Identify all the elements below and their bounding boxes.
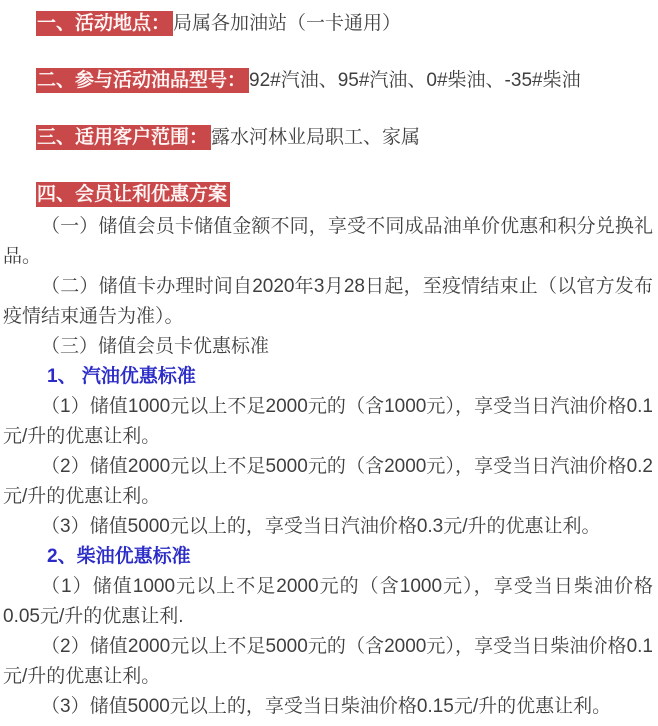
- section-heading: 一、活动地点：局属各加油站（一卡通用）: [3, 13, 653, 35]
- document-content: 一、活动地点：局属各加油站（一卡通用）二、参与活动油品型号：92#汽油、95#汽…: [3, 13, 653, 722]
- body-paragraph: （2）储值2000元以上不足5000元的（含2000元），享受当日柴油价格0.1…: [3, 632, 653, 692]
- body-paragraph: （2）储值2000元以上不足5000元的（含2000元），享受当日汽油价格0.2…: [3, 452, 653, 512]
- section-heading: 二、参与活动油品型号：92#汽油、95#汽油、0#柴油、-35#柴油: [3, 70, 653, 92]
- section-heading-red-highlight: 一、活动地点：: [36, 11, 173, 36]
- section-heading-text: 露水河林业局职工、家属: [211, 127, 420, 148]
- blue-subheading: 1、 汽油优惠标准: [3, 362, 653, 392]
- body-paragraph: （3）储值5000元以上的，享受当日柴油价格0.15元/升的优惠让利。: [3, 692, 653, 722]
- section-heading-red-highlight: 二、参与活动油品型号：: [36, 68, 249, 93]
- body-paragraph: （三）储值会员卡优惠标准: [3, 332, 653, 362]
- document-page: 一、活动地点：局属各加油站（一卡通用）二、参与活动油品型号：92#汽油、95#汽…: [0, 0, 658, 726]
- section-heading-text: 局属各加油站（一卡通用）: [173, 13, 401, 34]
- section-heading: 四、会员让利优惠方案: [3, 184, 653, 206]
- body-paragraph: （1）储值1000元以上不足2000元的（含1000元），享受当日汽油价格0.1…: [3, 392, 653, 452]
- body-paragraph: （1）储值1000元以上不足2000元的（含1000元），享受当日柴油价格0.0…: [3, 572, 653, 632]
- body-paragraph: （二）储值卡办理时间自2020年3月28日起，至疫情结束止（以官方发布疫情结束通…: [3, 272, 653, 332]
- section-heading-text: 92#汽油、95#汽油、0#柴油、-35#柴油: [249, 70, 581, 91]
- blue-subheading: 2、柴油优惠标准: [3, 542, 653, 572]
- body-paragraph: （一）储值会员卡储值金额不同，享受不同成品油单价优惠和积分兑换礼品。: [3, 212, 653, 272]
- body-paragraph: （3）储值5000元以上的，享受当日汽油价格0.3元/升的优惠让利。: [3, 512, 653, 542]
- section-heading-red-highlight: 三、适用客户范围：: [36, 125, 211, 150]
- section-heading: 三、适用客户范围：露水河林业局职工、家属: [3, 127, 653, 149]
- section-heading-red-highlight: 四、会员让利优惠方案: [36, 182, 230, 207]
